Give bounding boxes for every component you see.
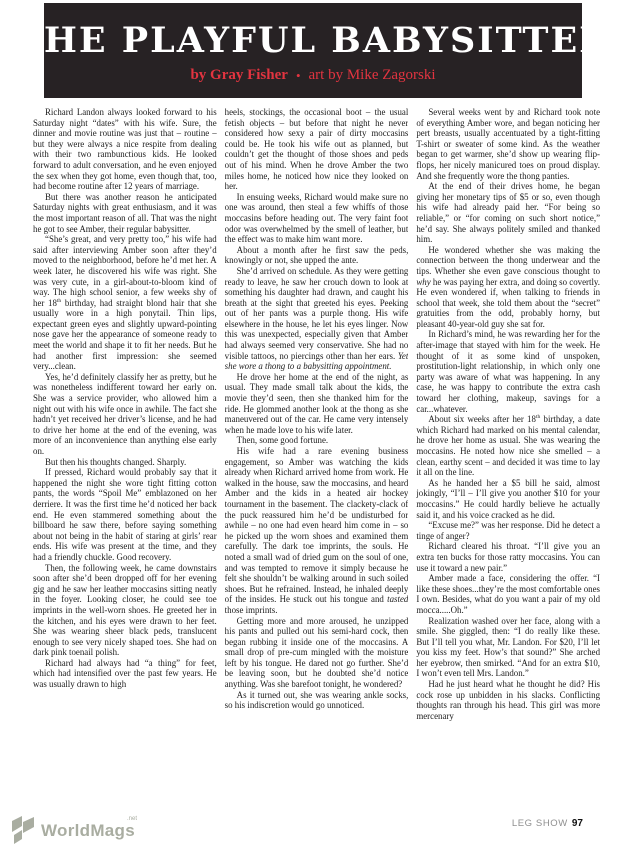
text-column-3: Several weeks went by and Richard took n… bbox=[416, 107, 600, 802]
story-paragraph: Then, some good fortune. bbox=[225, 435, 409, 446]
story-paragraph: Had he just heard what he thought he did… bbox=[416, 679, 600, 721]
worldmags-watermark: WorldMags.net bbox=[10, 816, 135, 846]
byline: by Gray Fisher • art by Mike Zagorski bbox=[190, 67, 435, 84]
story-paragraph: Richard Landon always looked forward to … bbox=[33, 107, 217, 192]
text-column-1: Richard Landon always looked forward to … bbox=[33, 107, 217, 802]
worldmags-logo-wordmark: WorldMags bbox=[41, 821, 135, 840]
artist-credit: art by Mike Zagorski bbox=[309, 67, 436, 84]
byline-separator-bullet: • bbox=[296, 69, 301, 82]
worldmags-logo-icon bbox=[10, 816, 36, 846]
worldmags-net-superscript: .net bbox=[127, 816, 137, 822]
story-paragraph: “She’s great, and very pretty too,” his … bbox=[33, 234, 217, 372]
story-paragraph: He wondered whether she was making the c… bbox=[416, 245, 600, 330]
story-paragraph: “Excuse me?” was her response. Did he de… bbox=[416, 520, 600, 541]
title-banner: THE PLAYFUL BABYSITTER by Gray Fisher • … bbox=[44, 3, 582, 98]
story-paragraph: Then, the following week, he came downst… bbox=[33, 563, 217, 658]
story-paragraph: Realization washed over her face, along … bbox=[416, 616, 600, 680]
story-paragraph: In Richard’s mind, he was rewarding her … bbox=[416, 329, 600, 414]
story-paragraph: Several weeks went by and Richard took n… bbox=[416, 107, 600, 181]
page-number: 97 bbox=[572, 818, 583, 829]
story-paragraph: Amber made a face, considering the offer… bbox=[416, 573, 600, 615]
story-paragraph: In ensuing weeks, Richard would make sur… bbox=[225, 192, 409, 245]
story-paragraph: But then his thoughts changed. Sharply. bbox=[33, 457, 217, 468]
story-paragraph: As he handed her a $5 bill he said, almo… bbox=[416, 478, 600, 520]
story-paragraph: heels, stockings, the occasional boot – … bbox=[225, 107, 409, 192]
story-paragraph: About a month after he first saw the ped… bbox=[225, 245, 409, 266]
story-paragraph: Richard cleared his throat. “I’ll give y… bbox=[416, 541, 600, 573]
story-title: THE PLAYFUL BABYSITTER bbox=[16, 23, 610, 58]
story-paragraph: His wife had a rare evening business eng… bbox=[225, 446, 409, 616]
magazine-name: LEG SHOW bbox=[512, 818, 568, 829]
story-paragraph: Yes, he’d definitely classify her as pre… bbox=[33, 372, 217, 457]
story-paragraph: Getting more and more aroused, he unzipp… bbox=[225, 616, 409, 690]
magazine-page: THE PLAYFUL BABYSITTER by Gray Fisher • … bbox=[0, 0, 630, 856]
story-paragraph: Richard had always had “a thing” for fee… bbox=[33, 658, 217, 690]
story-paragraph: She’d arrived on schedule. As they were … bbox=[225, 266, 409, 372]
page-footer: LEG SHOW 97 bbox=[512, 818, 583, 829]
story-paragraph: As it turned out, she was wearing ankle … bbox=[225, 690, 409, 711]
worldmags-logo-text: WorldMags.net bbox=[41, 821, 135, 841]
story-paragraph: But there was another reason he anticipa… bbox=[33, 192, 217, 234]
story-paragraph: He drove her home at the end of the nigh… bbox=[225, 372, 409, 436]
text-column-2: heels, stockings, the occasional boot – … bbox=[225, 107, 409, 802]
story-paragraph: At the end of their drives home, he bega… bbox=[416, 181, 600, 245]
story-paragraph: About six weeks after her 18th birthday,… bbox=[416, 414, 600, 478]
story-body: Richard Landon always looked forward to … bbox=[33, 107, 600, 802]
author-credit: by Gray Fisher bbox=[190, 67, 288, 84]
story-paragraph: If pressed, Richard would probably say t… bbox=[33, 467, 217, 562]
